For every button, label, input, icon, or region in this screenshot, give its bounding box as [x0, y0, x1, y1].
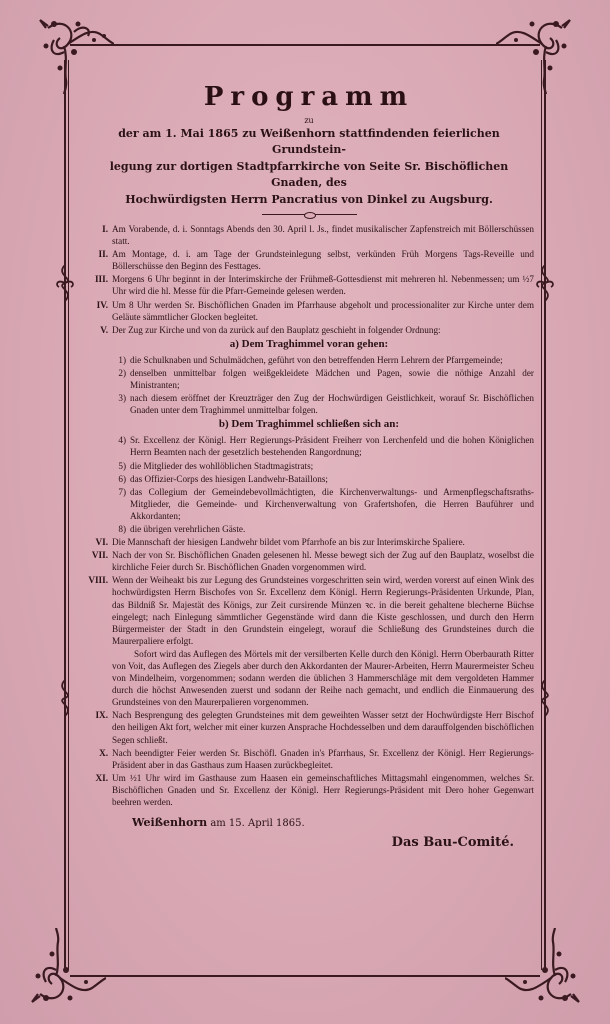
document-page: Programm zu der am 1. Mai 1865 zu Weißen… [0, 0, 610, 1024]
procession-entry: 5) die Mitglieder des wohllöblichen Stad… [108, 460, 534, 472]
entry-text: die übrigen verehrlichen Gäste. [130, 523, 534, 535]
procession-entry: 1) die Schulknaben und Schulmädchen, gef… [108, 354, 534, 366]
entry-text: die Schulknaben und Schulmädchen, geführ… [130, 354, 534, 366]
entry-number: 3) [108, 392, 130, 416]
entry-text: denselben unmittelbar folgen weißgekleid… [130, 367, 534, 391]
section-a-list: 1) die Schulknaben und Schulmädchen, gef… [108, 354, 534, 416]
program-item: VI. Die Mannschaft der hiesigen Landwehr… [84, 536, 534, 548]
item-text: Um ½1 Uhr wird im Gasthause zum Haasen e… [112, 772, 534, 808]
item-number: VIII. [84, 574, 112, 708]
item-number: III. [84, 273, 112, 297]
procession-entry: 4) Sr. Excellenz der Königl. Herr Regier… [108, 434, 534, 458]
procession-entry: 3) nach diesem eröffnet der Kreuzträger … [108, 392, 534, 416]
border-left [64, 60, 66, 970]
entry-number: 4) [108, 434, 130, 458]
item-number: VII. [84, 549, 112, 573]
corner-ornament-icon [505, 928, 585, 1008]
entry-text: die Mitglieder des wohllöblichen Stadtma… [130, 460, 534, 472]
program-item: I. Am Vorabende, d. i. Sonntags Abends d… [84, 223, 534, 247]
border-right-inner [541, 60, 542, 970]
program-item: IV. Um 8 Uhr werden Sr. Bischöflichen Gn… [84, 299, 534, 323]
entry-number: 2) [108, 367, 130, 391]
program-item: VII. Nach der von Sr. Bischöflichen Gnad… [84, 549, 534, 573]
item-number: IX. [84, 709, 112, 745]
program-item: V. Der Zug zur Kirche und von da zurück … [84, 324, 534, 336]
section-b-heading: b) Dem Traghimmel schließen sich an: [84, 417, 534, 432]
item-number: X. [84, 747, 112, 771]
item-text: Am Montage, d. i. am Tage der Grundstein… [112, 248, 534, 272]
program-item: IX. Nach Besprengung des gelegten Grunds… [84, 709, 534, 745]
section-b-list: 4) Sr. Excellenz der Königl. Herr Regier… [108, 434, 534, 535]
border-bottom [70, 975, 540, 977]
vine-ornament-icon [533, 680, 557, 716]
item-number: XI. [84, 772, 112, 808]
item-number: I. [84, 223, 112, 247]
item-text: Nach beendigter Feier werden Sr. Bischöf… [112, 747, 534, 771]
border-top [70, 44, 540, 46]
corner-ornament-icon [26, 928, 106, 1008]
entry-number: 1) [108, 354, 130, 366]
border-left-inner [68, 60, 69, 970]
program-item: II. Am Montage, d. i. am Tage der Grunds… [84, 248, 534, 272]
procession-entry: 2) denselben unmittelbar folgen weißgekl… [108, 367, 534, 391]
document-body: Programm zu der am 1. Mai 1865 zu Weißen… [84, 78, 534, 850]
document-title: Programm [84, 82, 534, 112]
item-paragraph: Sofort wird das Auflegen des Mörtels mit… [112, 648, 534, 708]
program-item: III. Morgens 6 Uhr beginnt in der Interi… [84, 273, 534, 297]
program-item: VIII. Wenn der Weiheakt bis zur Legung d… [84, 574, 534, 708]
item-number: VI. [84, 536, 112, 548]
border-right [544, 60, 546, 970]
subtitle-line: legung zur dortigen Stadtpfarrkirche von… [84, 159, 534, 191]
entry-text: Sr. Excellenz der Königl. Herr Regierung… [130, 434, 534, 458]
item-text: Morgens 6 Uhr beginnt in der Interimskir… [112, 273, 534, 297]
item-text: Nach der von Sr. Bischöflichen Gnaden ge… [112, 549, 534, 573]
entry-text: nach diesem eröffnet der Kreuzträger den… [130, 392, 534, 416]
item-number: II. [84, 248, 112, 272]
item-text: Der Zug zur Kirche und von da zurück auf… [112, 324, 534, 336]
program-item: XI. Um ½1 Uhr wird im Gasthause zum Haas… [84, 772, 534, 808]
title-divider [262, 214, 357, 215]
item-text-block: Wenn der Weiheakt bis zur Legung des Gru… [112, 574, 534, 708]
entry-text: das Offizier-Corps des hiesigen Landwehr… [130, 473, 534, 485]
subtitle-line: der am 1. Mai 1865 zu Weißenhorn stattfi… [84, 126, 534, 158]
item-text: Die Mannschaft der hiesigen Landwehr bil… [112, 536, 534, 548]
entry-number: 7) [108, 486, 130, 522]
issue-date: am 15. April 1865. [210, 818, 304, 829]
procession-entry: 6) das Offizier-Corps des hiesigen Landw… [108, 473, 534, 485]
vine-ornament-icon [53, 680, 77, 716]
place-and-date: Weißenhorn am 15. April 1865. [132, 816, 534, 829]
procession-entry: 7) das Collegium der Gemeindebevollmächt… [108, 486, 534, 522]
item-text: Am Vorabende, d. i. Sonntags Abends den … [112, 223, 534, 247]
title-connector: zu [84, 116, 534, 125]
item-number: IV. [84, 299, 112, 323]
subtitle-line: Hochwürdigsten Herrn Pancratius von Dink… [84, 192, 534, 208]
item-number: V. [84, 324, 112, 336]
program-list: I. Am Vorabende, d. i. Sonntags Abends d… [84, 223, 534, 808]
item-text: Wenn der Weiheakt bis zur Legung des Gru… [112, 575, 534, 645]
item-text: Nach Besprengung des gelegten Grundstein… [112, 709, 534, 745]
place-name: Weißenhorn [132, 816, 207, 829]
entry-text: das Collegium der Gemeindebevollmächtigt… [130, 486, 534, 522]
entry-number: 8) [108, 523, 130, 535]
entry-number: 5) [108, 460, 130, 472]
program-item: X. Nach beendigter Feier werden Sr. Bisc… [84, 747, 534, 771]
signature: Das Bau-Comité. [84, 835, 514, 850]
procession-entry: 8) die übrigen verehrlichen Gäste. [108, 523, 534, 535]
entry-number: 6) [108, 473, 130, 485]
item-text: Um 8 Uhr werden Sr. Bischöflichen Gnaden… [112, 299, 534, 323]
vine-ornament-icon [53, 265, 77, 301]
section-a-heading: a) Dem Traghimmel voran gehen: [84, 337, 534, 352]
vine-ornament-icon [533, 265, 557, 301]
